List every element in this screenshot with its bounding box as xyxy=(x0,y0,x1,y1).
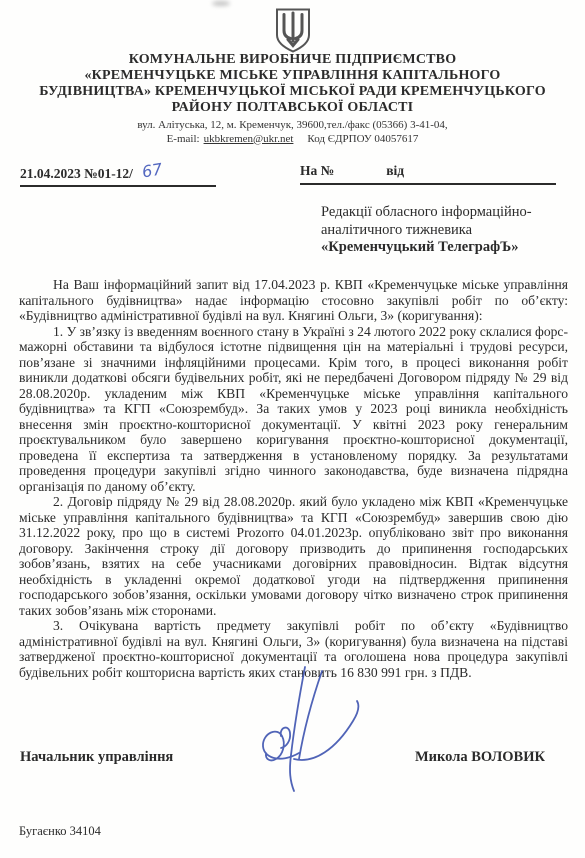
paragraph-intro: На Ваш інформаційний запит від 17.04.202… xyxy=(19,277,568,324)
scan-artifact xyxy=(212,1,230,6)
handwritten-number: 67 xyxy=(141,160,164,182)
scanned-letter-page: КОМУНАЛЬНЕ ВИРОБНИЧЕ ПІДПРИЄМСТВО «КРЕМЕ… xyxy=(0,0,585,858)
org-email: ukbkremen@ukr.net xyxy=(204,133,294,145)
addressee-name: «Кременчуцький ТелеграфЪ» xyxy=(321,239,561,257)
email-label: E-mail: xyxy=(167,133,200,145)
outgoing-reference: 21.04.2023 №01-12/67 xyxy=(20,163,216,187)
paragraph-item-1: 1. У зв’язку із введенням воєнного стану… xyxy=(19,324,568,495)
org-name-line: «КРЕМЕНЧУЦЬКЕ МІСЬКЕ УПРАВЛІННЯ КАПІТАЛЬ… xyxy=(0,68,585,84)
org-name-line: РАЙОНУ ПОЛТАВСЬКОЇ ОБЛАСТІ xyxy=(0,100,585,116)
org-name-block: КОМУНАЛЬНЕ ВИРОБНИЧЕ ПІДПРИЄМСТВО «КРЕМЕ… xyxy=(0,52,585,116)
incoming-from-label: від xyxy=(386,163,404,178)
addressee-line: аналітичного тижневика xyxy=(321,222,561,240)
addressee-block: Редакції обласного інформаційно- аналіти… xyxy=(321,204,561,257)
ukraine-trident-icon xyxy=(274,8,311,58)
outgoing-number: 21.04.2023 №01-12/ xyxy=(20,166,133,181)
executor-note: Бугаєнко 34104 xyxy=(19,824,101,839)
signer-position: Начальник управління xyxy=(20,749,173,766)
org-contact-line: E-mail:ukbkremen@ukr.netКод ЄДРПОУ 04057… xyxy=(0,133,585,147)
org-edrpou: Код ЄДРПОУ 04057617 xyxy=(307,133,418,145)
addressee-line: Редакції обласного інформаційно- xyxy=(321,204,561,222)
org-name-line: КОМУНАЛЬНЕ ВИРОБНИЧЕ ПІДПРИЄМСТВО xyxy=(0,52,585,68)
incoming-reference: На №від xyxy=(300,163,556,185)
org-address: вул. Алітуська, 12, м. Кременчук, 39600,… xyxy=(0,119,585,133)
paragraph-item-2: 2. Договір підряду № 29 від 28.08.2020р.… xyxy=(19,494,568,618)
incoming-no-label: На № xyxy=(300,163,334,178)
handwritten-signature xyxy=(250,663,375,800)
signer-name: Микола ВОЛОВИК xyxy=(415,749,545,766)
letter-body: На Ваш інформаційний запит від 17.04.202… xyxy=(19,277,568,680)
org-contact-block: вул. Алітуська, 12, м. Кременчук, 39600,… xyxy=(0,119,585,146)
org-name-line: БУДІВНИЦТВА» КРЕМЕНЧУЦЬКОЇ МІСЬКОЇ РАДИ … xyxy=(0,84,585,100)
